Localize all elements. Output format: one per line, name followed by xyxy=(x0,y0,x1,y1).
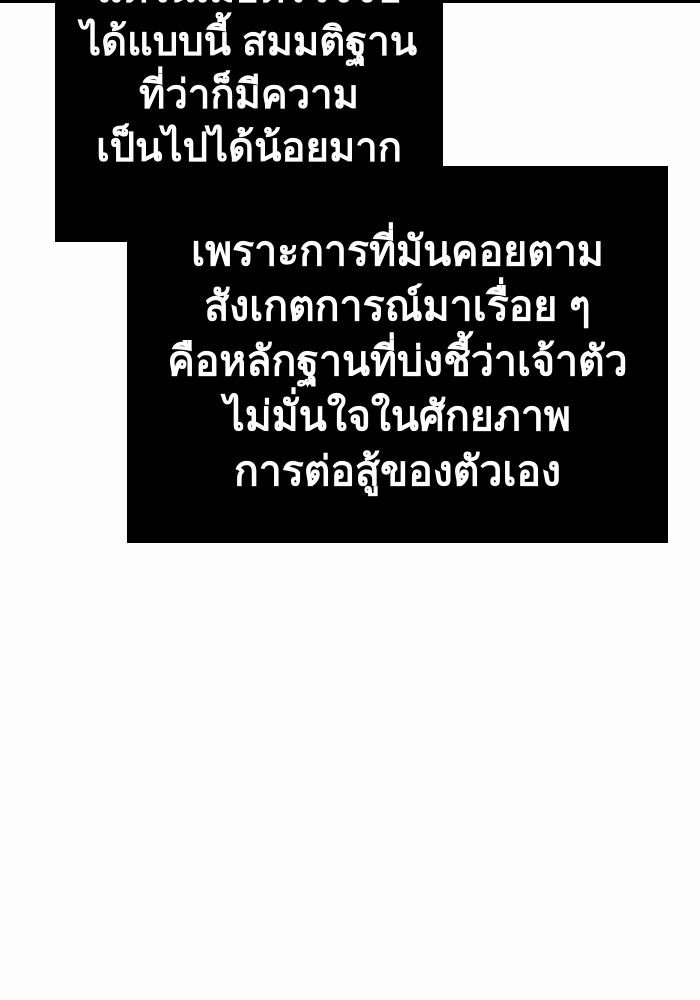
dialogue-line: แต่ในเมื่อตรวจจับ xyxy=(55,0,443,16)
comic-page: { "colors": { "background": "#fdfdfd", "… xyxy=(0,0,700,1000)
dialogue-line: เพราะการที่มันคอยตาม xyxy=(127,224,668,279)
dialogue-line: ได้แบบนี้ สมมติฐาน xyxy=(55,16,443,69)
dialogue-line: การต่อสู้ของตัวเอง xyxy=(127,444,668,499)
dialogue-line: ไม่มั่นใจในศักยภาพ xyxy=(127,389,668,444)
panel-background: แต่ในเมื่อตรวจจับ ได้แบบนี้ สมมติฐาน ที่… xyxy=(0,0,700,1000)
narration-text-1: แต่ในเมื่อตรวจจับ ได้แบบนี้ สมมติฐาน ที่… xyxy=(55,0,443,175)
narration-box-2: เพราะการที่มันคอยตาม สังเกตการณ์มาเรื่อย… xyxy=(127,166,668,543)
narration-text-2: เพราะการที่มันคอยตาม สังเกตการณ์มาเรื่อย… xyxy=(127,224,668,499)
dialogue-line: สังเกตการณ์มาเรื่อย ๆ xyxy=(127,279,668,334)
dialogue-line: ที่ว่าก็มีความ xyxy=(55,69,443,122)
dialogue-line: คือหลักฐานที่บ่งชี้ว่าเจ้าตัว xyxy=(127,334,668,389)
